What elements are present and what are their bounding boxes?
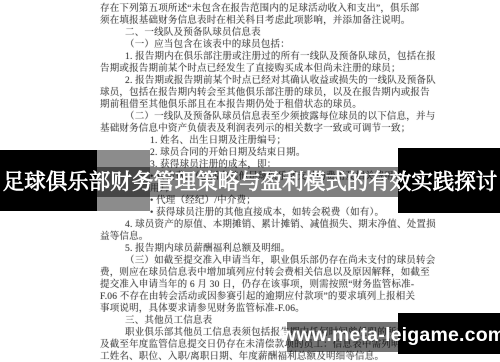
doc-line: 5. 报告期内球员薪酬福利总额及明细。: [0, 243, 500, 255]
doc-line: （三）如截至提交准入申请当年，职业俱乐部仍存在尚未支付的球员转会: [0, 255, 500, 267]
doc-line: 告期或报告期前某个时点已经发生了直接购买成本但尚未注册的球员；: [0, 63, 500, 75]
doc-line: 基础财务信息中资产负债表及利润表列示的相关数字一致或可调节一致；: [0, 123, 500, 135]
doc-line: 4. 球员资产的原值、本期摊销、累计摊销、减值损失、期末净值、处置损: [0, 219, 500, 231]
doc-line: 存在下列第五项所述“未包含在报告范围内的足球活动收入和支出”，俱乐部: [0, 3, 500, 15]
doc-line: （二）一线队及预备队球员信息表至少须披露每位球员的以下信息，并与: [0, 111, 500, 123]
doc-line: 1. 报告期内在俱乐部注册或注册过的所有一线队及预备队球员，包括在报: [0, 51, 500, 63]
doc-line: 费，则应在球员信息表中增加填列应付转会费相关信息以及原因解释，如截至: [0, 267, 500, 279]
doc-line: 2. 报告期或报告期前某个时点已经对其确认收益或损失的一线队及预备队: [0, 75, 500, 87]
article-title: 足球俱乐部财务管理策略与盈利模式的有效实践探讨: [0, 167, 500, 197]
doc-line: 二、一线队及预备队球员信息表: [0, 27, 500, 39]
doc-line: 期前租借至其他俱乐部且在本报告期仍处于租借状态的球员。: [0, 99, 500, 111]
doc-line: 球员，包括在报告期内转会至其他俱乐部注册的球员，以及在报告期内或报告: [0, 87, 500, 99]
doc-line: F.06 不存在由转会活动或因参赛引起的逾期应付款项”的要求填列上报相关: [0, 291, 500, 303]
doc-line: 提交准入申请当年的 6 月 30 日，仍存在该事项，则需按照“财务监管标准-: [0, 279, 500, 291]
doc-line: 益等信息。: [0, 231, 500, 243]
doc-line: 1. 姓名、出生日期及注册编号；: [0, 135, 500, 147]
doc-line: （一）应当包含在该表中的球员包括：: [0, 39, 500, 51]
doc-line: 须在填报基础财务信息表时在相关科目考虑此项影响，并添加备注说明。: [0, 15, 500, 27]
watermark-url: www.meta-leigame.com: [281, 319, 500, 352]
article-page: 存在下列第五项所述“未包含在报告范围内的足球活动收入和支出”，俱乐部须在填报基础…: [0, 0, 500, 362]
